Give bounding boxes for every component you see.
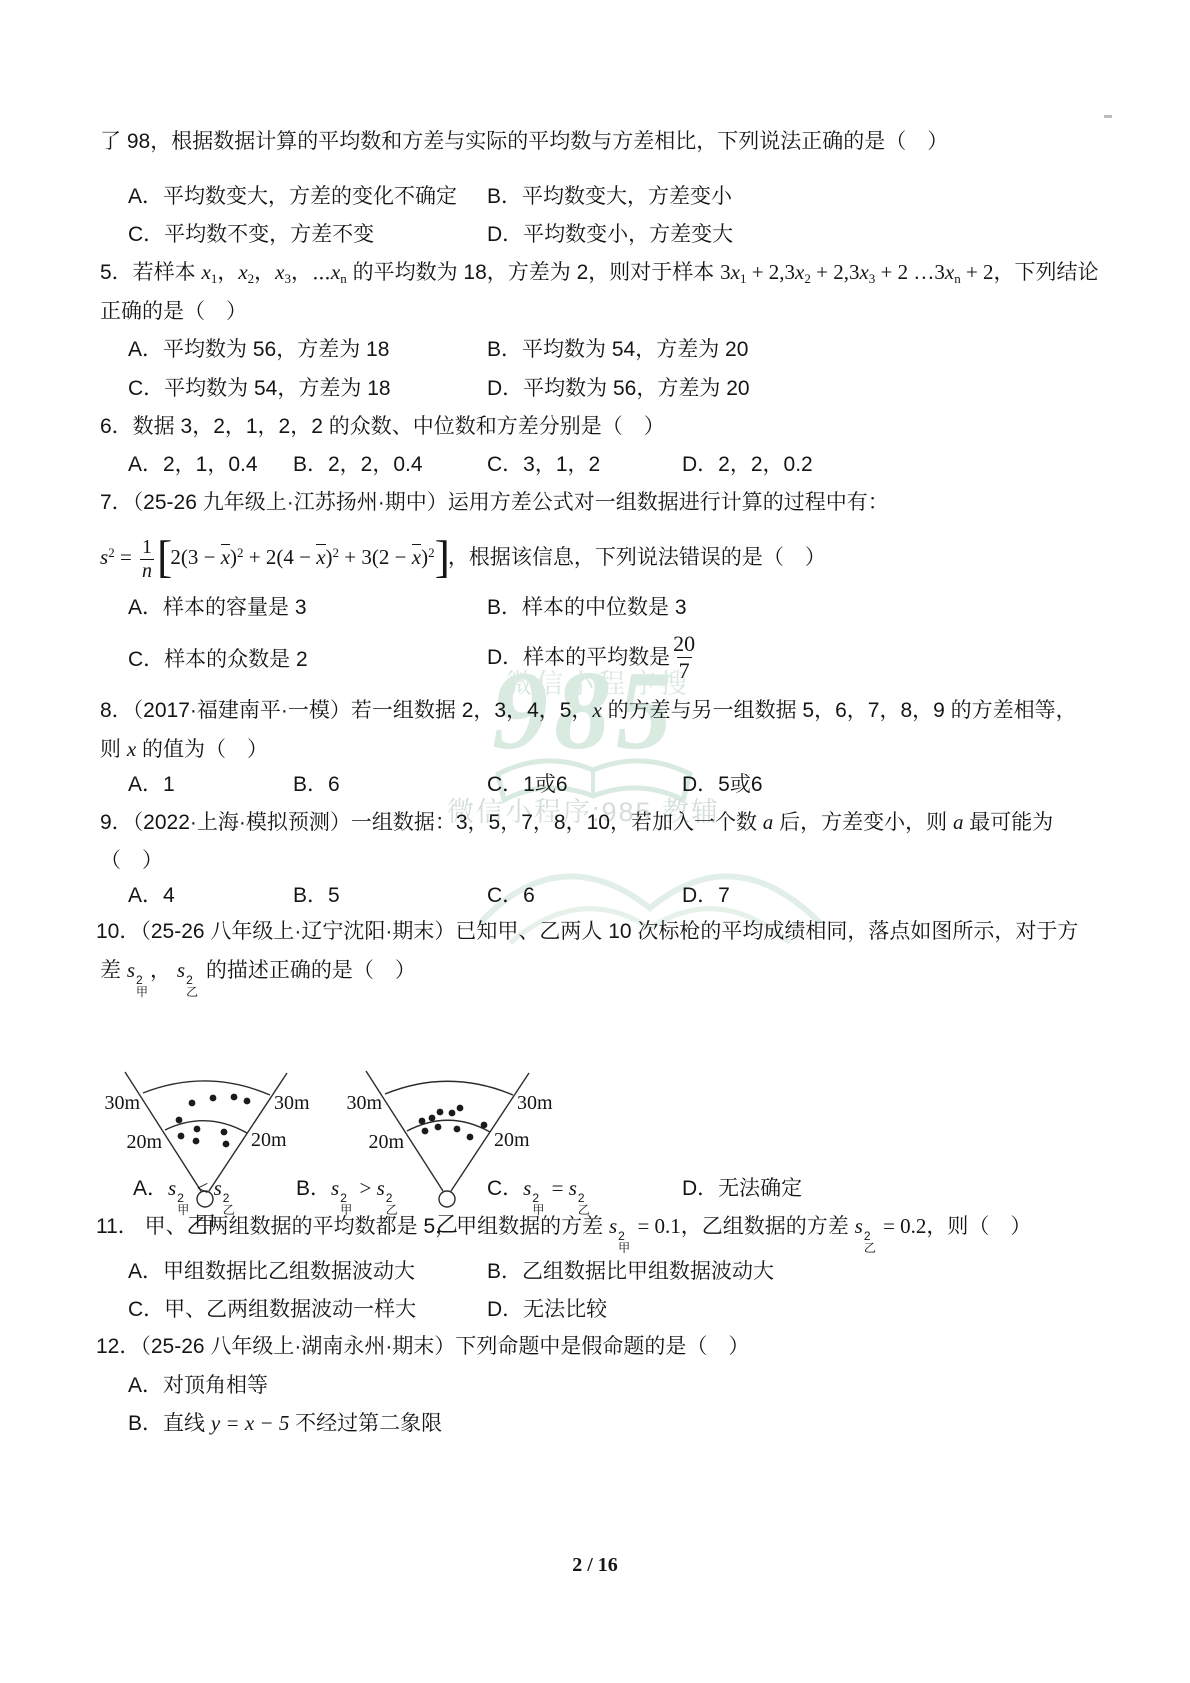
- q7-option-b: B．样本的中位数是 3: [487, 594, 687, 621]
- q5-stem-pre: 5．若样本: [100, 261, 202, 284]
- q8-option-b: B．6: [293, 771, 340, 798]
- q6-option-a: A．2，1，0.4: [128, 451, 258, 478]
- q11-option-c: C．甲、乙两组数据波动一样大: [128, 1296, 416, 1323]
- fan-jia-30m-left: 30m: [104, 1092, 140, 1114]
- q5-option-a: A．平均数为 56，方差为 18: [128, 336, 389, 363]
- q7-stem-tail: ，根据该信息，下列说法错误的是（ ）: [448, 546, 826, 569]
- q8-option-c: C．1或6: [487, 771, 568, 798]
- fan-jia-dots: [176, 1094, 251, 1148]
- s-squared-yi: 2乙: [186, 974, 198, 998]
- q9-option-b: B．5: [293, 882, 340, 909]
- q10-stem-line2: 差 s2甲， s2乙 的描述正确的是（ ）: [100, 957, 416, 998]
- q5-option-c: C．平均数为 54，方差为 18: [128, 375, 391, 402]
- q11-option-b: B．乙组数据比甲组数据波动大: [487, 1258, 774, 1285]
- q5-stem-mid: 的平均数为 18，方差为 2，则对于样本: [347, 261, 720, 284]
- s-squared-jia: 2甲: [136, 974, 148, 998]
- q12-option-a: A．对顶角相等: [128, 1372, 268, 1399]
- fan-yi-20m-right: 20m: [494, 1129, 530, 1151]
- q7-option-d: D．样本的平均数是 207: [487, 622, 698, 692]
- q5-stem: 5．若样本 x1，x2，x3，⋯xn 的平均数为 18，方差为 2，则对于样本 …: [100, 259, 1099, 292]
- q8-option-a: A．1: [128, 771, 175, 798]
- q11-stem: 11． 甲、乙两组数据的平均数都是 5，甲组数据的方差 s2甲 = 0.1，乙组…: [96, 1213, 1031, 1254]
- page-corner-mark: [1104, 115, 1112, 118]
- page-number: 2 / 16: [0, 1554, 1190, 1577]
- q8-stem-line2: 则 x 的值为（ ）: [100, 736, 268, 763]
- q9-option-c: C．6: [487, 882, 535, 909]
- q7-variance-formula: s2 = 1n[2(3 − x)2 + 2(4 − x)2 + 3(2 − x)…: [100, 532, 826, 583]
- q11-option-d: D．无法比较: [487, 1296, 607, 1323]
- q7-option-c: C．样本的众数是 2: [128, 646, 308, 673]
- q9-option-d: D．7: [682, 882, 730, 909]
- fraction-1-over-n: 1n: [140, 536, 154, 583]
- q4-option-c: C．平均数不变，方差不变: [128, 221, 374, 248]
- q8-option-d: D．5或6: [682, 771, 763, 798]
- fan-yi-30m-left: 30m: [346, 1092, 382, 1114]
- q12-stem: 12．（25-26 八年级上·湖南永州·期末）下列命题中是假命题的是（ ）: [96, 1333, 749, 1360]
- q4-stem-tail: 了 98，根据数据计算的平均数和方差与实际的平均数与方差相比，下列说法正确的是（…: [100, 128, 948, 155]
- q9-stem-line2: （ ）: [100, 847, 163, 874]
- q9-stem: 9．（2022·上海·模拟预测）一组数据：3，5，7，8，10，若加入一个数 a…: [100, 809, 1053, 836]
- fan-jia-20m-right: 20m: [251, 1129, 287, 1151]
- q6-option-b: B．2，2，0.4: [293, 451, 423, 478]
- fan-jia-20m-left: 20m: [126, 1131, 162, 1153]
- q10-option-b: B．s2甲 > s2乙: [296, 1175, 400, 1216]
- q12-line-equation: y = x − 5: [211, 1411, 289, 1435]
- q5-option-d: D．平均数为 56，方差为 20: [487, 375, 750, 402]
- q5-math-transformed: 3x1 + 2,3x2 + 2,3x3 + 2 …3xn + 2: [720, 260, 993, 284]
- q5-option-b: B．平均数为 54，方差为 20: [487, 336, 748, 363]
- fan-yi-30m-right: 30m: [517, 1092, 553, 1114]
- q9-option-a: A．4: [128, 882, 175, 909]
- fraction-20-over-7: 207: [673, 631, 695, 683]
- q4-option-d: D．平均数变小，方差变大: [487, 221, 733, 248]
- q10-stem: 10．（25-26 八年级上·辽宁沈阳·期末）已知甲、乙两人 10 次标枪的平均…: [96, 918, 1078, 945]
- q5-stem-post: ，下列结论: [994, 261, 1099, 284]
- q4-option-b: B．平均数变大，方差变小: [487, 183, 732, 210]
- q6-option-c: C．3，1，2: [487, 451, 600, 478]
- fan-jia-30m-right: 30m: [274, 1092, 310, 1114]
- q5-math-samples: x1，x2，x3，⋯xn: [202, 260, 347, 284]
- q10-option-d: D．无法确定: [682, 1175, 802, 1202]
- q7-option-a: A．样本的容量是 3: [128, 594, 307, 621]
- q7-stem: 7．（25-26 九年级上·江苏扬州·期中）运用方差公式对一组数据进行计算的过程…: [100, 489, 889, 516]
- q5-stem-line2: 正确的是（ ）: [100, 298, 247, 325]
- q11-option-a: A．甲组数据比乙组数据波动大: [128, 1258, 415, 1285]
- q8-stem: 8．（2017·福建南平·一模）若一组数据 2，3，4，5，x 的方差与另一组数…: [100, 697, 1077, 724]
- q10-option-c: C．s2甲 = s2乙: [487, 1175, 592, 1216]
- q6-option-d: D．2，2，0.2: [682, 451, 813, 478]
- fan-yi-20m-left: 20m: [368, 1131, 404, 1153]
- q4-option-a: A．平均数变大，方差的变化不确定: [128, 183, 457, 210]
- q12-option-b: B．直线 y = x − 5 不经过第二象限: [128, 1410, 442, 1437]
- q6-stem: 6．数据 3，2，1，2，2 的众数、中位数和方差分别是（ ）: [100, 413, 665, 440]
- q10-option-a: A．s2甲 < s2乙: [133, 1175, 237, 1216]
